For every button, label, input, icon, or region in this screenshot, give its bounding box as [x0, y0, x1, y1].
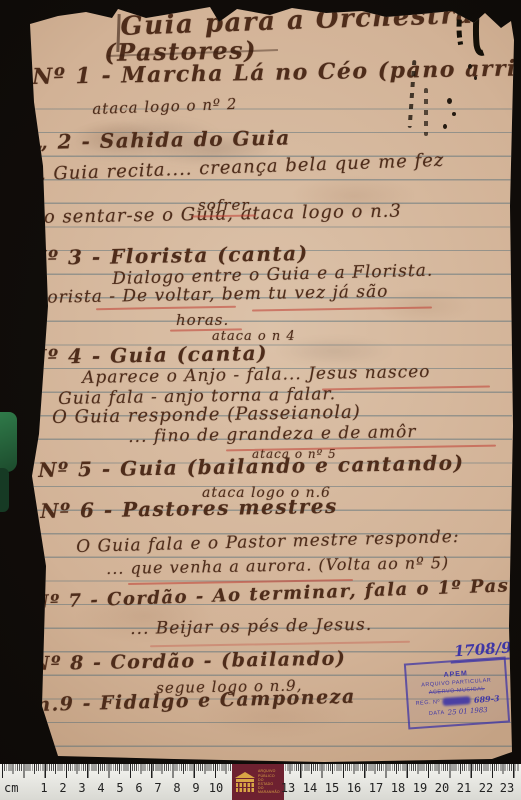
- manuscript-line: horas.: [176, 311, 229, 329]
- ruler-number: 9: [192, 781, 199, 795]
- red-underline: [150, 641, 410, 648]
- archive-logo: Arquivo Público do Estado do Maranhão: [232, 764, 284, 800]
- ruler-unit-label: cm: [4, 781, 18, 795]
- ink-dot: [452, 112, 456, 116]
- manuscript-line: Nº 6 - Pastores mestres: [40, 494, 338, 523]
- manuscript-line: ... que venha a aurora. (Volta ao nº 5): [106, 553, 449, 578]
- stamp-org: APEM: [443, 670, 468, 679]
- manuscript-paper: Guia para a Orchestra (Pastores) Nº 1 - …: [24, 6, 514, 762]
- manuscript-line: ... Beijar os pés de Jesus.: [130, 615, 372, 639]
- manuscript-line: Nº 5 - Guia (bailando e cantando): [38, 451, 465, 482]
- ink-dot: [447, 98, 452, 104]
- ruler-number: 20: [435, 781, 449, 795]
- ruler-number: 4: [97, 781, 104, 795]
- building-icon: [234, 771, 256, 793]
- ruler-number: 5: [116, 781, 123, 795]
- ruler-number: 10: [209, 781, 223, 795]
- ruler-number: 18: [391, 781, 405, 795]
- red-underline: [252, 306, 432, 311]
- ruler-number: 1: [40, 781, 47, 795]
- archive-logo-caption: Arquivo Público do Estado do Maranhão: [258, 769, 280, 794]
- stamp-reg-value: 689-3: [474, 693, 500, 705]
- ruler-number: 3: [78, 781, 85, 795]
- manuscript-line: „ 2 - Sahida do Guia: [36, 126, 291, 154]
- manuscript-title: Guia para a Orchestra: [120, 0, 475, 42]
- manuscript-line: Nº 8 - Cordão - (bailando): [32, 648, 346, 675]
- ruler-number: 13: [281, 781, 295, 795]
- ink-blot-u: [451, 5, 487, 64]
- manuscript-line: O Guia fala e o Pastor mestre responde:: [76, 527, 460, 557]
- ruler-number: 6: [135, 781, 142, 795]
- ruler-number: 16: [347, 781, 361, 795]
- stamp-date-value: 25 01 1983: [447, 705, 488, 716]
- ruler-number: 2: [59, 781, 66, 795]
- ink-dots-trail: [424, 88, 428, 136]
- ruler-number: 8: [173, 781, 180, 795]
- ink-dot: [474, 76, 477, 80]
- stamp-date-label: DATA: [429, 709, 445, 716]
- red-underline: [322, 386, 490, 391]
- green-scrap: [0, 468, 9, 512]
- manuscript-line: ... fino de grandeza e de amôr: [128, 422, 417, 447]
- scanned-page: Guia para a Orchestra (Pastores) Nº 1 - …: [0, 0, 521, 800]
- ink-dot: [443, 124, 447, 129]
- archive-stamp: APEM ARQUIVO PARTICULAR ACERVO MUSICAL R…: [404, 657, 510, 730]
- ruler-number: 7: [154, 781, 161, 795]
- manuscript-line: Florista - De voltar, bem tu vez já são: [28, 282, 389, 308]
- ink-dot: [468, 64, 472, 69]
- stamp-reg-label: REG. Nº: [415, 699, 440, 707]
- ruler-number: 23: [500, 781, 514, 795]
- green-scrap: [0, 412, 17, 472]
- manuscript-line: n.9 - Fidalgo e Camponeza: [36, 686, 356, 716]
- ruler-number: 15: [325, 781, 339, 795]
- measurement-ruler: cm 1 2 3 4 5 6 7 8 9 10 Arquivo Público …: [0, 764, 521, 800]
- ruler-number: 21: [457, 781, 471, 795]
- manuscript-line: ataca logo o nº 2: [92, 95, 238, 118]
- ruler-number: 22: [479, 781, 493, 795]
- ink-scribble: [443, 696, 471, 706]
- ruler-number: 14: [303, 781, 317, 795]
- ruler-number: 17: [369, 781, 383, 795]
- ruler-number: 19: [413, 781, 427, 795]
